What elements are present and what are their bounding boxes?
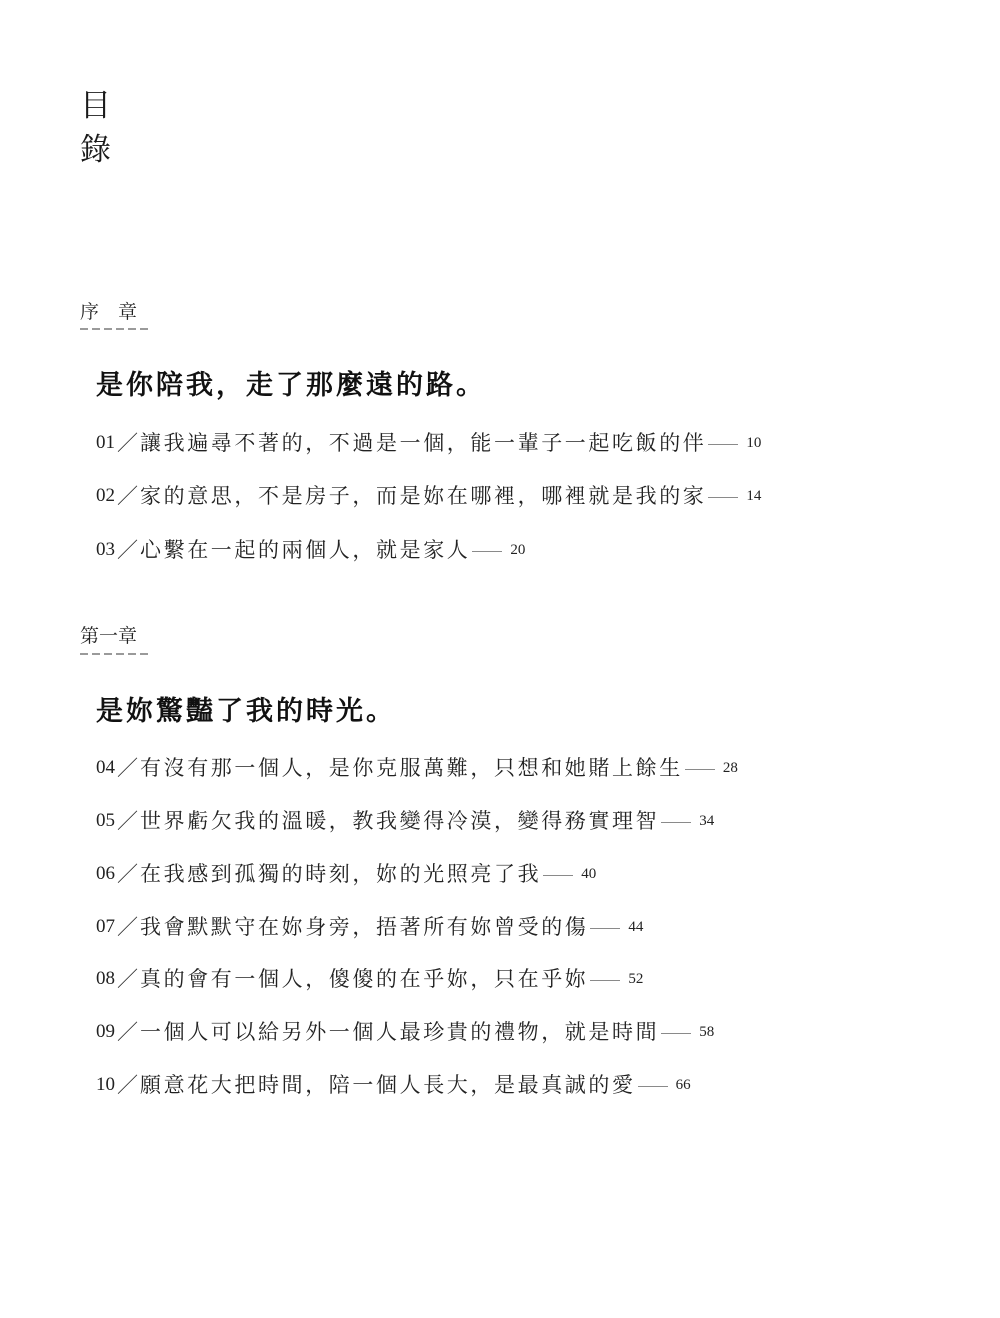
toc-entry-page: 28 [723, 753, 738, 783]
toc-entry-number: 06 [96, 859, 115, 889]
toc-leader-line [708, 444, 738, 445]
toc-entry-separator: ／ [117, 859, 138, 889]
toc-entry-number: 10 [96, 1070, 115, 1100]
toc-leader-line [638, 1086, 668, 1087]
toc-entry-separator: ／ [117, 535, 138, 565]
toc-entry-number: 03 [96, 535, 115, 565]
toc-entry-separator: ／ [117, 1070, 138, 1100]
toc-entry-number: 09 [96, 1017, 115, 1047]
page-title-char-2: 錄 [80, 128, 120, 172]
toc-entry-separator: ／ [117, 964, 138, 994]
toc-entry[interactable]: 08 ／ 真的會有一個人，傻傻的在乎妳，只在乎妳 52 [96, 964, 643, 994]
toc-leader-line [708, 497, 738, 498]
toc-entry[interactable]: 01 ／ 讓我遍尋不著的，不過是一個，能一輩子一起吃飯的伴 10 [96, 428, 761, 458]
toc-entry-title: 願意花大把時間，陪一個人長大，是最真誠的愛 [140, 1070, 636, 1100]
toc-entry[interactable]: 07 ／ 我會默默守在妳身旁，捂著所有妳曾受的傷 44 [96, 912, 643, 942]
toc-entry-number: 02 [96, 481, 115, 511]
toc-entry-title: 一個人可以給另外一個人最珍貴的禮物，就是時間 [140, 1017, 659, 1047]
toc-entry-number: 04 [96, 753, 115, 783]
toc-entry-separator: ／ [117, 1017, 138, 1047]
toc-entry[interactable]: 04 ／ 有沒有那一個人，是你克服萬難，只想和她賭上餘生 28 [96, 753, 738, 783]
toc-entry-number: 01 [96, 428, 115, 458]
toc-entry-number: 08 [96, 964, 115, 994]
toc-entry-page: 40 [581, 859, 596, 889]
toc-leader-line [661, 1033, 691, 1034]
toc-entry-page: 66 [676, 1070, 691, 1100]
toc-entry-separator: ／ [117, 912, 138, 942]
toc-entry[interactable]: 05 ／ 世界虧欠我的溫暖，教我變得冷漠，變得務實理智 34 [96, 806, 714, 836]
section-heading-prologue: 是你陪我，走了那麼遠的路。 [96, 368, 486, 404]
toc-entry-title: 心繫在一起的兩個人，就是家人 [140, 535, 470, 565]
chapter-label-prologue: 序 章 [80, 300, 137, 324]
toc-entry-separator: ／ [117, 806, 138, 836]
toc-entry-separator: ／ [117, 481, 138, 511]
toc-entry[interactable]: 06 ／ 在我感到孤獨的時刻，妳的光照亮了我 40 [96, 859, 596, 889]
toc-entry-number: 05 [96, 806, 115, 836]
section-heading-chapter-one: 是妳驚豔了我的時光。 [96, 694, 396, 730]
toc-leader-line [543, 875, 573, 876]
toc-leader-line [472, 551, 502, 552]
toc-entry-page: 20 [510, 535, 525, 565]
toc-entry-title: 家的意思，不是房子，而是妳在哪裡，哪裡就是我的家 [140, 481, 706, 511]
toc-entry-separator: ／ [117, 753, 138, 783]
toc-entry[interactable]: 09 ／ 一個人可以給另外一個人最珍貴的禮物，就是時間 58 [96, 1017, 714, 1047]
page-title: 目 錄 [80, 84, 120, 172]
page-title-char-1: 目 [80, 84, 120, 128]
toc-entry-page: 14 [746, 481, 761, 511]
toc-entry-title: 我會默默守在妳身旁，捂著所有妳曾受的傷 [140, 912, 588, 942]
toc-entry-page: 34 [699, 806, 714, 836]
toc-entry-page: 58 [699, 1017, 714, 1047]
toc-entry-page: 10 [746, 428, 761, 458]
toc-entry-title: 在我感到孤獨的時刻，妳的光照亮了我 [140, 859, 541, 889]
toc-entry-title: 讓我遍尋不著的，不過是一個，能一輩子一起吃飯的伴 [140, 428, 706, 458]
chapter-label-chapter-one: 第一章 [80, 624, 137, 648]
toc-entry-separator: ／ [117, 428, 138, 458]
toc-entry-title: 真的會有一個人，傻傻的在乎妳，只在乎妳 [140, 964, 588, 994]
toc-entry[interactable]: 10 ／ 願意花大把時間，陪一個人長大，是最真誠的愛 66 [96, 1070, 691, 1100]
toc-entry-number: 07 [96, 912, 115, 942]
toc-leader-line [685, 769, 715, 770]
chapter-dashed-underline [80, 328, 150, 330]
toc-entry-page: 52 [628, 964, 643, 994]
toc-leader-line [590, 928, 620, 929]
toc-entry[interactable]: 02 ／ 家的意思，不是房子，而是妳在哪裡，哪裡就是我的家 14 [96, 481, 761, 511]
toc-leader-line [590, 980, 620, 981]
chapter-dashed-underline [80, 653, 150, 655]
toc-entry-title: 世界虧欠我的溫暖，教我變得冷漠，變得務實理智 [140, 806, 659, 836]
toc-leader-line [661, 822, 691, 823]
toc-entry[interactable]: 03 ／ 心繫在一起的兩個人，就是家人 20 [96, 535, 525, 565]
toc-entry-page: 44 [628, 912, 643, 942]
toc-entry-title: 有沒有那一個人，是你克服萬難，只想和她賭上餘生 [140, 753, 683, 783]
